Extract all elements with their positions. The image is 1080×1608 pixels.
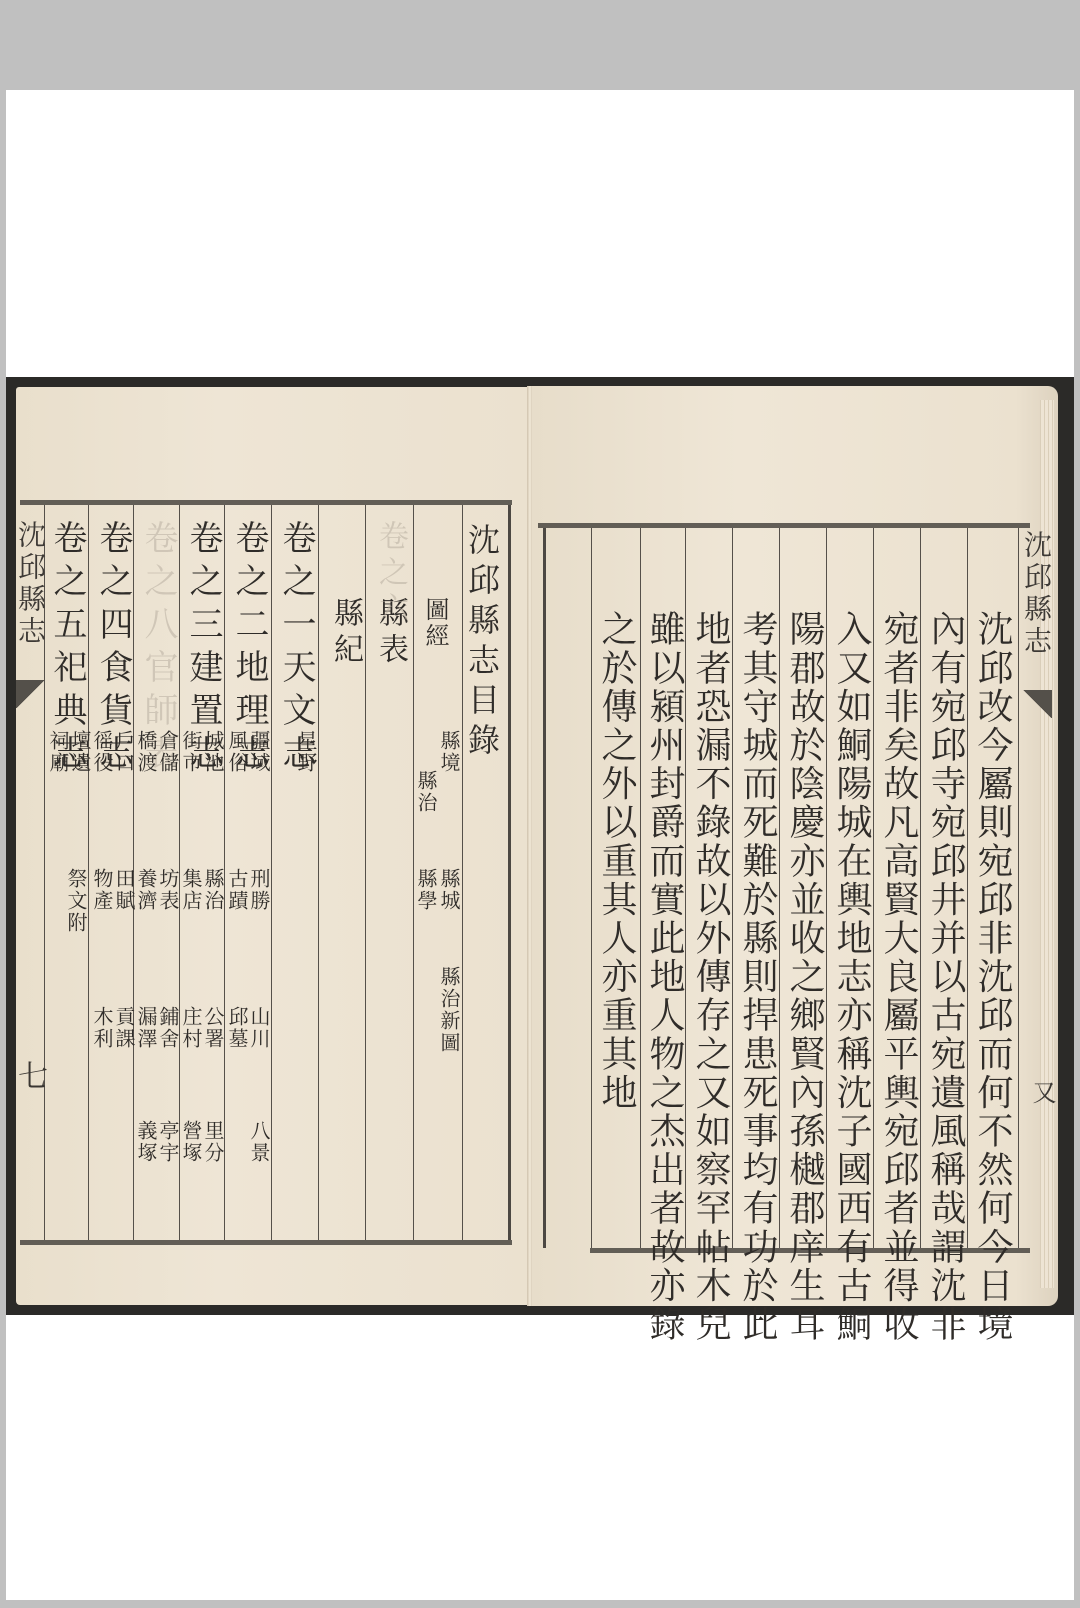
text-column: 考其守城而死難於縣則捍患死事均有功於此 <box>739 610 775 1343</box>
right-column-rule <box>967 528 968 1248</box>
toc-item: 刑勝 <box>249 868 269 912</box>
right-column-rule <box>640 528 641 1248</box>
toc-title: 沈邱縣志目錄 <box>466 523 498 763</box>
toc-item: 物產 <box>92 868 112 912</box>
left-column-rule <box>365 505 366 1240</box>
text-column: 地者恐漏不錄故以外傳存之又如察罕帖木兒 <box>692 610 728 1343</box>
toc-item: 城池 <box>203 730 223 774</box>
right-column-rule <box>826 528 827 1248</box>
toc-item: 邱墓 <box>227 1006 247 1050</box>
toc-item: 祠廟 <box>48 730 68 774</box>
toc-item: 縣城 <box>439 868 459 912</box>
toc-item: 木利 <box>92 1006 112 1050</box>
left-running-head: 沈邱縣志 <box>16 520 44 648</box>
right-top-rule <box>538 523 1030 528</box>
toc-item: 縣學 <box>416 868 436 912</box>
toc-item: 坊表 <box>158 868 178 912</box>
left-bottom-rule <box>20 1240 512 1245</box>
toc-item: 亭宇 <box>158 1120 178 1164</box>
right-outer-rule <box>543 528 546 1248</box>
text-column: 宛者非矣故凡高賢大良屬平輿宛邱者並得收 <box>880 610 916 1343</box>
text-column: 入又如鮦陽城在輿地志亦稱沈子國西有古鮦 <box>833 610 869 1343</box>
toc-item: 星野 <box>296 730 316 774</box>
left-top-rule <box>20 500 512 505</box>
right-column-rule <box>591 528 592 1248</box>
left-column-rule <box>271 505 272 1240</box>
toc-item: 八景 <box>249 1120 269 1164</box>
right-running-head: 沈邱縣志 <box>1022 530 1050 658</box>
toc-item: 古蹟 <box>227 868 247 912</box>
toc-item: 疆域 <box>249 730 269 774</box>
right-column-rule <box>685 528 686 1248</box>
toc-item: 營塚 <box>181 1120 201 1164</box>
toc-heading: 圖經 <box>423 597 447 649</box>
toc-item: 橋渡 <box>136 730 156 774</box>
text-column: 沈邱改今屬則宛邱非沈邱而何不然何今日境 <box>974 610 1010 1343</box>
toc-item: 漏澤 <box>136 1006 156 1050</box>
left-column-rule <box>88 505 89 1240</box>
right-column-rule <box>1018 528 1019 1248</box>
toc-item: 祭文附 <box>66 868 86 934</box>
toc-item: 庄村 <box>181 1006 201 1050</box>
toc-item: 徭役 <box>92 730 112 774</box>
text-column: 內有宛邱寺宛邱井并以古宛遺風稱哉謂沈非 <box>927 610 963 1343</box>
text-column: 陽郡故於陰慶亦並收之鄉賢內孫樾郡庠生耳 <box>786 610 822 1343</box>
left-outer-rule <box>508 505 511 1240</box>
toc-item: 縣治新圖 <box>439 966 459 1054</box>
toc-item: 戶口 <box>114 730 134 774</box>
right-column-rule <box>920 528 921 1248</box>
toc-item: 縣治 <box>203 868 223 912</box>
text-column: 之於傳之外以重其人亦重其地 <box>598 610 634 1112</box>
right-column-rule <box>779 528 780 1248</box>
right-column-rule <box>873 528 874 1248</box>
toc-item: 街市 <box>181 730 201 774</box>
toc-item: 公署 <box>203 1006 223 1050</box>
toc-item: 貢課 <box>114 1006 134 1050</box>
toc-item: 田賦 <box>114 868 134 912</box>
toc-item: 縣治 <box>416 770 436 814</box>
toc-item: 風俗 <box>227 730 247 774</box>
toc-item: 鋪舍 <box>158 1006 178 1050</box>
toc-item: 壇遺 <box>70 730 90 774</box>
toc-item: 義塚 <box>136 1120 156 1164</box>
toc-item: 縣境 <box>439 730 459 774</box>
toc-item: 倉儲 <box>158 730 178 774</box>
toc-item: 里分 <box>203 1120 223 1164</box>
right-margin-mark: 又 <box>1030 1080 1054 1108</box>
left-column-rule <box>318 505 319 1240</box>
toc-item: 集店 <box>181 868 201 912</box>
bleedthrough-text: 卷之六 <box>375 520 405 628</box>
toc-item: 山川 <box>249 1006 269 1050</box>
right-column-rule <box>732 528 733 1248</box>
fishtail-mark <box>1022 690 1052 718</box>
fishtail-mark <box>16 680 46 708</box>
toc-item: 養濟 <box>136 868 156 912</box>
toc-heading: 縣紀 <box>330 597 360 669</box>
text-column: 雖以潁州封爵而實此地人物之杰出者故亦錄 <box>646 610 682 1343</box>
left-page-number: 七 <box>14 1060 44 1090</box>
